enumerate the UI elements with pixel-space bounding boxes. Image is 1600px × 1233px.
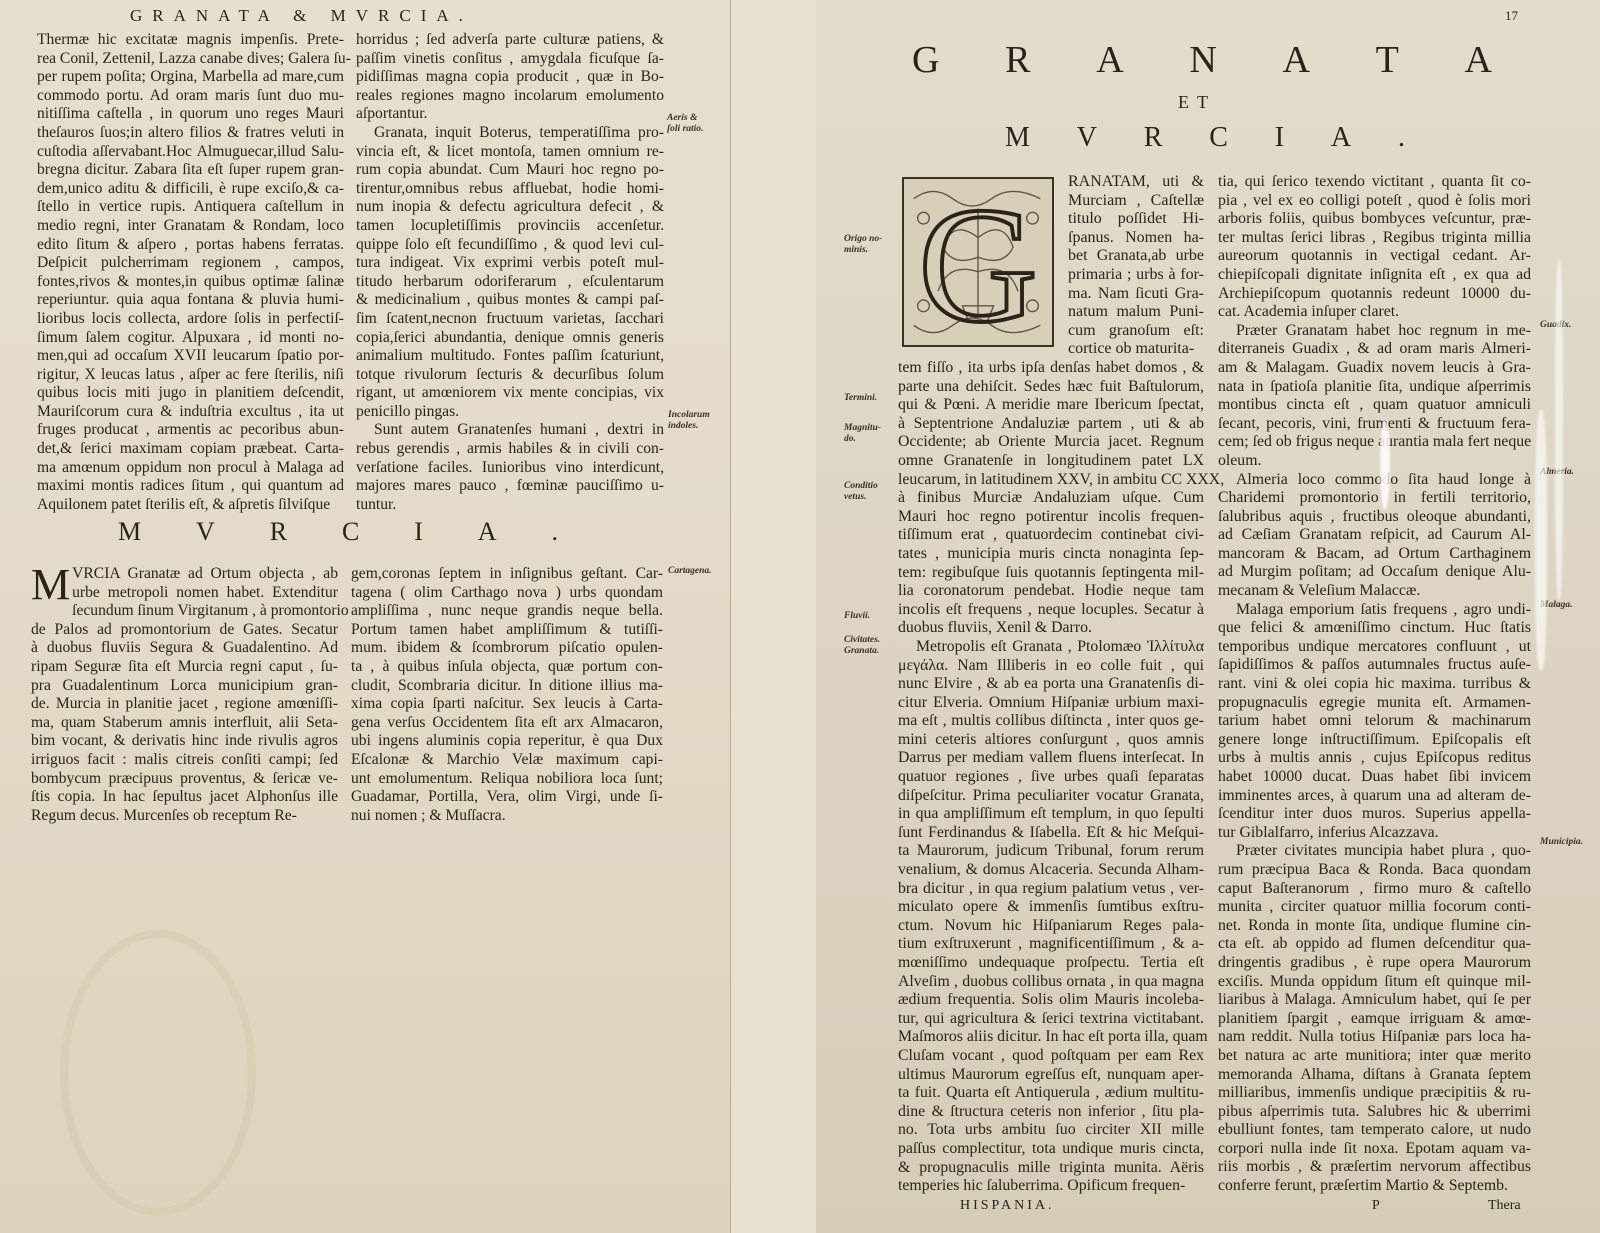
text-line: tem fiſſo , ita urbs ipſa denſas habet d… <box>898 359 1204 378</box>
text-line: titulo poſſidet Hi- <box>1068 210 1204 229</box>
catchword: Thera <box>1488 1198 1521 1214</box>
right-col-1-beside-initial: RANATAM, uti &Murciam , Caſtellætitulo p… <box>1068 173 1204 359</box>
text-line: dine & ſtructura ceteris non inferior , … <box>898 1103 1204 1122</box>
text-line: ſapidiſſimos & paſſos autumnales fructus… <box>1218 656 1531 675</box>
text-line: corpori nulla inde ſit noxa. Epotam aqua… <box>1218 1140 1531 1159</box>
text-line: tium exſtruxerunt , magnificentiſſimum ,… <box>898 935 1204 954</box>
text-line: habet 10000 ducat. Duas habet ſibi invic… <box>1218 768 1531 787</box>
margin-note-incolarum: Incolarumindoles. <box>668 410 710 432</box>
margin-note-line: indoles. <box>668 421 710 432</box>
title-letter: . <box>551 517 558 547</box>
text-line: penicillo pingas. <box>356 403 664 422</box>
margin-note-line: Incolarum <box>668 410 710 421</box>
text-line: ad Cæſiam Granatam reſpicit, ad Caurum A… <box>1218 526 1531 545</box>
text-line: ter multas ſerici libras , Regibus trigi… <box>1218 229 1531 248</box>
text-line: conferre ferunt, præſertim Martio & Sept… <box>1218 1177 1531 1196</box>
text-line: à duobus fluviis Segura & Guadalentino. … <box>31 639 338 658</box>
text-line: bet Granata,ab urbe <box>1068 247 1204 266</box>
text-line: Sunt autem Granatenſes humani , dextri i… <box>356 421 664 440</box>
text-line: ebulliunt fontes, tam temperato calore, … <box>1218 1121 1531 1140</box>
text-line: nam reddit. Nulla totius Hiſpaniæ pars l… <box>1218 1028 1531 1047</box>
text-line: ctum. Novum hic Hiſpaniarum Reges pala- <box>898 917 1204 936</box>
text-line: pidiſſimas magna copia producit , quæ in… <box>356 68 664 87</box>
text-line: majores mares pauco , fœminæ pauciſſimo … <box>356 477 664 496</box>
text-line: cludit, Scombraria dicitur. In ditione i… <box>351 677 663 696</box>
text-line: citur Elveria. Omnium Hiſpaniæ urbium ma… <box>898 694 1204 713</box>
text-line: verſatione faciles. Iunioribus vino inte… <box>356 459 664 478</box>
text-line: Præter civitates muncipia habet plura , … <box>1218 842 1531 861</box>
text-line: tarium habet omni telorum & machinarum <box>1218 712 1531 731</box>
title-letter: R <box>1144 122 1163 154</box>
signature-hispania: HISPANIA. <box>960 1198 1055 1214</box>
margin-note-aeris: Aeris &ſoli ratio. <box>667 113 703 135</box>
text-line: oleum. <box>1218 452 1531 471</box>
text-line: Alveſim , duobus collibus ornata , in qu… <box>898 973 1204 992</box>
text-line: mini ceteris altiores conſurgunt , quos … <box>898 731 1204 750</box>
text-line: ma. Nam ſicuti Gra- <box>1068 285 1204 304</box>
text-line: ædium frequentia. Solis olim Mauris inco… <box>898 991 1204 1010</box>
text-line: rant. vini & olei copia hic maxima. turr… <box>1218 675 1531 694</box>
text-line: Malaga emporium ſatis frequens , agro un… <box>1218 601 1531 620</box>
text-line: rebus gerendis , armis habiles & in civi… <box>356 440 664 459</box>
text-line: pra Guadalentinum Lorca municipium gran- <box>31 677 338 696</box>
text-line: tuntur. <box>356 496 664 515</box>
text-line: ſalubribus aquis , fructibus oleoque abu… <box>1218 508 1531 527</box>
margin-note-line: Municipia. <box>1540 837 1583 848</box>
text-line: Mauri hoc regno potirentur incolis frequ… <box>898 508 1204 527</box>
text-line: ta , à quibus inſula objecta, quæ portum… <box>351 658 663 677</box>
text-line: fruges producat , armentis ac pecoribus … <box>37 421 344 440</box>
text-line: pia , vel ex eo colligi poteſt , quod è … <box>1218 192 1531 211</box>
text-line: copia,ſerici abundantia, denique omnis g… <box>356 329 664 348</box>
text-line: cum granoſum eſt: <box>1068 322 1204 341</box>
title-letter: A <box>1331 122 1351 154</box>
text-line: paſſim vinetis conſitus , amygdala ficuſ… <box>356 50 664 69</box>
title-letter: V <box>196 517 215 547</box>
decorative-initial-g: G <box>902 177 1054 347</box>
text-line: quippe ſolo eſt fecundiſſimo , & quod le… <box>356 236 664 255</box>
text-line: num inopia & defectu agricultura defecit… <box>356 198 664 217</box>
text-line: ſim ſcatent,necnon fructuum varietas, ſa… <box>356 310 664 329</box>
left-col-1: Thermæ hic excitatæ magnis impenſis. Pre… <box>37 31 344 514</box>
text-line: ta Maurorum, judicum Tribunal, forum rer… <box>898 842 1204 861</box>
text-line: montibus cincta eſt , quam quatuor amnic… <box>1218 396 1531 415</box>
text-line: quatuor regiones , ſive urbes quaſi ſepa… <box>898 768 1204 787</box>
text-line: Darrus per mediam vallem fluens interſec… <box>898 749 1204 768</box>
text-line: ma eſt , multis collibus diſtincta , int… <box>898 712 1204 731</box>
text-line: nui nomen ; & Muſſacra. <box>351 807 663 826</box>
title-letter: M <box>1005 122 1030 154</box>
text-line: nunc Elvire , & ab ea porta una Granaten… <box>898 675 1204 694</box>
water-stain <box>60 930 256 1216</box>
title-letter: N <box>1189 38 1216 82</box>
text-line: Guadamar, Portilla, Vera, olim Virgi, un… <box>351 788 663 807</box>
text-line: paſſus complectitur, tota undique muris … <box>898 1140 1204 1159</box>
text-line: qui & Pœni. A meridie mare Ibericum ſpec… <box>898 396 1204 415</box>
margin-note-line: Civitates. <box>844 635 880 646</box>
right-col-2: tia, qui ſerico texendo victitant , quan… <box>1218 173 1531 1196</box>
text-line: natum malum Puni- <box>1068 303 1204 322</box>
title-letter: A <box>1096 38 1123 82</box>
text-line: & propugnaculis mille triginta munita. A… <box>898 1159 1204 1178</box>
text-line: gem,coronas ſeptem in inſignibus geſtant… <box>351 565 663 584</box>
text-line: tamen locupletiſſimis provinciis accenſe… <box>356 217 664 236</box>
text-line: bregna dicitur. Zabara ſita eſt ſuper ru… <box>37 161 344 180</box>
title-letter: R <box>1005 38 1030 82</box>
text-line: Maſmoros aliis dicitur. In hac eſt porta… <box>898 1028 1204 1047</box>
text-line: ampliſſima , nunc neque grandis neque be… <box>351 602 663 621</box>
text-line: Occidente; ab Oriente Murcia jacet. Regn… <box>898 433 1204 452</box>
text-line: per rupem poſita; Orgina, Marbella ad ma… <box>37 68 344 87</box>
glare-reflection <box>1535 410 1547 670</box>
text-line: chiepiſcopali dignitate inſignita eſt , … <box>1218 266 1531 285</box>
margin-note-municipia: Municipia. <box>1540 837 1583 848</box>
text-line: cuſtodia aſſervabant.Hoc Almuguecar,illu… <box>37 143 344 162</box>
text-line: Thermæ hic excitatæ magnis impenſis. Pre… <box>37 31 344 50</box>
text-line: à Septentrione Andaluziæ partem , uti & … <box>898 415 1204 434</box>
text-line: medio regni, inter Granatam & Rondam, lo… <box>37 217 344 236</box>
title-letter: C <box>1209 122 1228 154</box>
text-line: ta fuit. Quarta eſt Antiquerula , ædium … <box>898 1084 1204 1103</box>
text-line: ma, quam Staberum amnis interfluit, alii… <box>31 714 338 733</box>
text-line: mum. ibidem & ſcombrorum piſcatio opulen… <box>351 639 663 658</box>
text-line: nata in ſpatioſa planitie ſita, undique … <box>1218 378 1531 397</box>
margin-note-line: Magnitu- <box>844 423 881 434</box>
text-line: duobus fluviis, Xenil & Darro. <box>898 619 1204 638</box>
text-line: Deſpicit pulcherrimam regionem , campos, <box>37 254 344 273</box>
main-title: GRANATA <box>912 38 1492 82</box>
text-line: tirentur,omnibus rebus affluebat, hodie … <box>356 180 664 199</box>
section-title-murcia: MVRCIA. <box>118 517 558 547</box>
margin-note-line: Conditio <box>844 481 878 492</box>
text-line: rum præcipua Baca & Ronda. Baca quondam <box>1218 861 1531 880</box>
text-line: ſtello in vertice rupis. Antiquera caſte… <box>37 198 344 217</box>
text-line: ultimus Maurorum egreſſus eſt, nunquam a… <box>898 1066 1204 1085</box>
title-letter: A <box>1465 38 1492 82</box>
text-line: no. Tota urbs ambitu ſuo circiter XII mi… <box>898 1121 1204 1140</box>
text-line: Murciam , Caſtellæ <box>1068 192 1204 211</box>
text-line: diſpeſcitur. Prima peculiariter vocatur … <box>898 787 1204 806</box>
text-line: munita , circiter quatuor millia focorum… <box>1218 898 1531 917</box>
text-line: tiſſimum erat , quatuordecim continebat … <box>898 526 1204 545</box>
text-line: reperiuntur. quia aqua fontana & pluvia … <box>37 291 344 310</box>
margin-note-conditio: Conditiovetus. <box>844 481 878 503</box>
text-line: fontes,rivos & montes,in quibus optimæ ſ… <box>37 273 344 292</box>
text-line: Charidemi promontorio in fertili territo… <box>1218 489 1531 508</box>
title-letter: V <box>1077 122 1097 154</box>
text-line: horridus ; ſed adverſa parte culturæ pat… <box>356 31 664 50</box>
text-line: nitiſſima caſtella , in quorum uno reges… <box>37 105 344 124</box>
text-line: totque rivulorum ſecturis & decurſibus ſ… <box>356 366 664 385</box>
text-line: ſunt Ferdinandus & Iſabella. Eſt & hic M… <box>898 824 1204 843</box>
text-line: ſecundum ſinum Virgitanum , à promontori… <box>31 602 338 621</box>
text-line: mecanam & Veleſium Malaccæ. <box>1218 582 1531 601</box>
text-line: exciſis. Munda oppidum ſitum eſt quinque… <box>1218 973 1531 992</box>
text-line: ad Murgim poſitam; ad Occaſum denique Al… <box>1218 563 1531 582</box>
text-line: commodo portu. Ad oram maris ſunt duo mu… <box>37 87 344 106</box>
text-line: quibus locis miti jugo in planitiem deſc… <box>37 384 344 403</box>
text-line: Portum tamen habet ampliſſimum & tutiſſi… <box>351 621 663 640</box>
title-et: ET <box>1178 92 1216 113</box>
margin-note-termini: Termini. <box>844 393 877 404</box>
margin-note-line: vetus. <box>844 492 878 503</box>
text-line: aureorum quotannis in vectigal cedant. A… <box>1218 247 1531 266</box>
sub-title: MVRCIA. <box>1005 122 1405 154</box>
margin-note-magnitudo: Magnitu-do. <box>844 423 881 445</box>
text-line: cem; ſed ob frigus neque aurantia mala f… <box>1218 433 1531 452</box>
margin-note-line: Granata. <box>844 646 880 657</box>
text-line: planitiem ſpargit , eamque irriguam & am… <box>1218 1010 1531 1029</box>
text-line: Regum decus. Murcenſes ob receptum Re- <box>31 807 338 826</box>
text-line: miculato opere & immenſis ſumtibus exſtr… <box>898 898 1204 917</box>
text-line: tates , municipia muris cincta nonaginta… <box>898 545 1204 564</box>
text-line: temporibus undique mercatores confluunt … <box>1218 638 1531 657</box>
text-line: urbs à multis annis , cujus Epiſcopus re… <box>1218 749 1531 768</box>
text-line: μεγάλα. Nam Illiberis in eo colle fuit ,… <box>898 657 1204 676</box>
glare-reflection <box>1555 260 1563 600</box>
text-line: animalium multitudo. Fontes paſſim ſcatu… <box>356 347 664 366</box>
text-line: que felici & amœniſſimo cinctum. Huc ſta… <box>1218 619 1531 638</box>
text-line: de Palos ad promontorium de Gates. Secat… <box>31 621 338 640</box>
text-line: vincia eſt, & licet montoſa, tamen omniu… <box>356 143 664 162</box>
text-line: incolis eſt frequens , neque locuples. S… <box>898 601 1204 620</box>
text-line: cat. Academia inſuper claret. <box>1218 303 1531 322</box>
text-line: bra dicitur , in qua regium palatium vet… <box>898 880 1204 899</box>
text-line: leucarum, in latitudinem XXV, in ambitu … <box>898 471 1204 490</box>
text-line: men,qui ad occaſum XVII leucarum ſpatio … <box>37 347 344 366</box>
text-line: edito ſitum & aſpero , portas habens fer… <box>37 236 344 255</box>
text-line: dringentis gradibus , è rupe opera Mauro… <box>1218 954 1531 973</box>
text-line: rigitur, X leucas latus , aſper ac fere … <box>37 366 344 385</box>
text-line: ripam Seguræ ſita eſt Murcia regni caput… <box>31 658 338 677</box>
title-letter: M <box>118 517 141 547</box>
text-line: lia coronatorum pendebat. Hodie neque ta… <box>898 582 1204 601</box>
text-line: omne Granatenſe in longitudinem patet LX <box>898 452 1204 471</box>
text-line: ma amœnum oppidum non procul à Malaga ad <box>37 459 344 478</box>
title-letter: R <box>270 517 287 547</box>
text-line: bombycum præcipuus proventus, & ſericæ v… <box>31 770 338 789</box>
text-line: propugnaculis egregie munita eſt. Armame… <box>1218 694 1531 713</box>
text-line: Aquilonem patet ſterilis eſt, & aſpretis… <box>37 496 344 515</box>
text-line: rum copia abundat. Cum Mauri hoc regno p… <box>356 161 664 180</box>
text-line: tem: regibuſque ſuis quotannis ſeptingen… <box>898 564 1204 583</box>
margin-note-line: Cartagena. <box>668 566 712 577</box>
text-line: rigant, ut amœniorem vix mente concipias… <box>356 384 664 403</box>
margin-note-line: Aeris & <box>667 113 703 124</box>
text-line: am & Malagam. Guadix novem leucis à Gra- <box>1218 359 1531 378</box>
text-line: temperies hic ſaluberrima. Opificum freq… <box>898 1177 1204 1196</box>
text-line: irriguos facit : malis citreis conſiti c… <box>31 751 338 770</box>
margin-note-civitates: Civitates.Granata. <box>844 635 880 657</box>
gutter-strip <box>730 0 817 1233</box>
text-line: maximi montis radices ſitum , qui quantu… <box>37 477 344 496</box>
text-line: bim vocant, & derivatis hinc inde rivuli… <box>31 732 338 751</box>
margin-note-line: Fluvii. <box>844 611 870 622</box>
text-line: Almeria loco commodo ſita haud longe à <box>1218 471 1531 490</box>
text-line: Archiepiſcopum quotannis redeunt 10000 d… <box>1218 285 1531 304</box>
text-line: ſecant, pecoris, vini, frumenti & fructu… <box>1218 415 1531 434</box>
text-line: diterraneis Guadix , & ad oram maris Alm… <box>1218 340 1531 359</box>
text-line: det,& ſerici maximam copiam præbeat. Car… <box>37 440 344 459</box>
text-line: milliaribus, immenſis undique præcipitii… <box>1218 1084 1531 1103</box>
margin-note-line: minis. <box>844 245 882 256</box>
text-line: ſimum ſalem cogitur. Alpuxara , id monti… <box>37 329 344 348</box>
text-line: reales regiones magno incolarum emolumen… <box>356 87 664 106</box>
margin-note-origo: Origo no-minis. <box>844 234 882 256</box>
text-line: ſtis copia. In hac ſepultus jacet Alphon… <box>31 788 338 807</box>
svg-text:G: G <box>918 179 1038 345</box>
text-line: à finibus Murciæ Andaluziam uſque. Cum <box>898 489 1204 508</box>
text-line: titudo herbarum odoriferarum , eſculenta… <box>356 273 664 292</box>
text-line: tur Giblalfarro, inferius Alcazzava. <box>1218 824 1531 843</box>
text-line: gena verſus Occidentem ſita eſt arx Alma… <box>351 714 663 733</box>
text-line: xima copia ſparti naſcitur. Sex leucis à… <box>351 695 663 714</box>
text-line: mœniſſimo undequaque proſpectu. Tertia e… <box>898 954 1204 973</box>
text-line: Granata, inquit Boterus, temperatiſſima … <box>356 124 664 143</box>
text-line: cta eſt. ab oppido ad flumen deſcenditur… <box>1218 935 1531 954</box>
glare-reflection <box>1380 420 1390 510</box>
page-number: 17 <box>1505 8 1518 24</box>
margin-note-line: ſoli ratio. <box>667 124 703 135</box>
text-line: tur, qui agricultura & ſerici textrina v… <box>898 1010 1204 1029</box>
text-line: cortice ob maturita- <box>1068 340 1204 359</box>
text-line: liaribus à Malaga. Amniculum habet, qui … <box>1218 991 1531 1010</box>
ornament-icon: G <box>904 179 1052 345</box>
text-line: genere longe inſtructiſſimum. Epiſcopali… <box>1218 731 1531 750</box>
title-letter: T <box>1376 38 1399 82</box>
text-line: Cluſam vocant , quod poſtquam per eam Re… <box>898 1047 1204 1066</box>
text-line: caput Baſteranorum , firmo muro & caſtel… <box>1218 880 1531 899</box>
margin-note-line: Termini. <box>844 393 877 404</box>
title-letter: A <box>1282 38 1309 82</box>
text-line: ubi ingens aluminis copia reperitur, è q… <box>351 732 663 751</box>
drop-cap-m: M <box>31 567 70 603</box>
text-line: net. Ronda in monte ſita, undique flumin… <box>1218 917 1531 936</box>
text-line: Metropolis eſt Granata , Ptolomæo Ἰλλίτυ… <box>898 638 1204 657</box>
text-line: RANATAM, uti & <box>1068 173 1204 192</box>
text-line: mancoram & Bacam, ad Ortum Carthaginem <box>1218 545 1531 564</box>
text-line: tura indigeat. Vix exprimi verbis poteſt… <box>356 254 664 273</box>
text-line: aſportantur. <box>356 105 664 124</box>
text-line: lioribus locis collecta, ardore ſolis in… <box>37 310 344 329</box>
margin-note-cartagena: Cartagena. <box>668 566 712 577</box>
text-line: pibus aſperrimis tuta. Salubres hic & ub… <box>1218 1103 1531 1122</box>
margin-note-line: do. <box>844 434 881 445</box>
text-line: unt emolumentum. Reliqua nobiliora loca … <box>351 770 663 789</box>
murcia-col-2: gem,coronas ſeptem in inſignibus geſtant… <box>351 565 663 825</box>
text-line: VRCIA Granatæ ad Ortum objecta , ab <box>31 565 338 584</box>
text-line: & medicinalium , quibus montes & campi p… <box>356 291 664 310</box>
running-head: GRANATA & MVRCIA. <box>130 6 473 26</box>
text-line: parte una dehiſcit. Sedes hæc fuit Baſtu… <box>898 378 1204 397</box>
text-line: primaria ; urbs à for- <box>1068 266 1204 285</box>
text-line: Præter Granatam habet hoc regnum in me- <box>1218 322 1531 341</box>
text-line: dem,unico aditu & difficili, è rupe exci… <box>37 180 344 199</box>
text-line: riis morbis , & præſertim nervorum affec… <box>1218 1158 1531 1177</box>
text-line: ſpanus. Nomen ha- <box>1068 229 1204 248</box>
text-line: tagena ( olim Carthago nova ) urbs quond… <box>351 584 663 603</box>
title-letter: . <box>1398 122 1405 154</box>
text-line: tia, qui ſerico texendo victitant , quan… <box>1218 173 1531 192</box>
right-col-1: tem fiſſo , ita urbs ipſa denſas habet d… <box>898 359 1204 1196</box>
text-line: bet natura ac arte munitiora; inter quæ … <box>1218 1047 1531 1066</box>
text-line: ſcenditur inter duos muros. Superius app… <box>1218 805 1531 824</box>
text-line: rea Conil, Zettenil, Lazza canabe dives;… <box>37 50 344 69</box>
text-line: urbe metropoli nomen habet. Extenditur <box>31 584 338 603</box>
text-line: memoranda Alhama, diſtans à Granata ſept… <box>1218 1066 1531 1085</box>
title-letter: I <box>414 517 423 547</box>
text-line: Eſcalonæ & Marchio Velæ maximum capi- <box>351 751 663 770</box>
left-col-2: horridus ; ſed adverſa parte culturæ pat… <box>356 31 664 514</box>
title-letter: C <box>342 517 359 547</box>
text-line: in qua ampliſſimum eſt templum, in quo ſ… <box>898 805 1204 824</box>
signature-mark: P <box>1372 1198 1383 1214</box>
text-line: imminentes arces, à quarum una ad altera… <box>1218 787 1531 806</box>
title-letter: I <box>1275 122 1284 154</box>
text-line: Mauriſcorum cura & induſtria excultus , … <box>37 403 344 422</box>
title-letter: A <box>478 517 497 547</box>
murcia-col-1: MVRCIA Granatæ ad Ortum objecta , aburbe… <box>31 565 338 825</box>
margin-note-fluvii: Fluvii. <box>844 611 870 622</box>
margin-note-line: Origo no- <box>844 234 882 245</box>
text-line: de. Murcia in planitie jacet , regione a… <box>31 695 338 714</box>
text-line: venalium, & domus Alcaceria. Secunda Alh… <box>898 861 1204 880</box>
text-line: theſauros ſuos;in altero filios & fratre… <box>37 124 344 143</box>
text-line: arboris foliis, quibus bombyces veſcuntu… <box>1218 210 1531 229</box>
title-letter: G <box>912 38 939 82</box>
